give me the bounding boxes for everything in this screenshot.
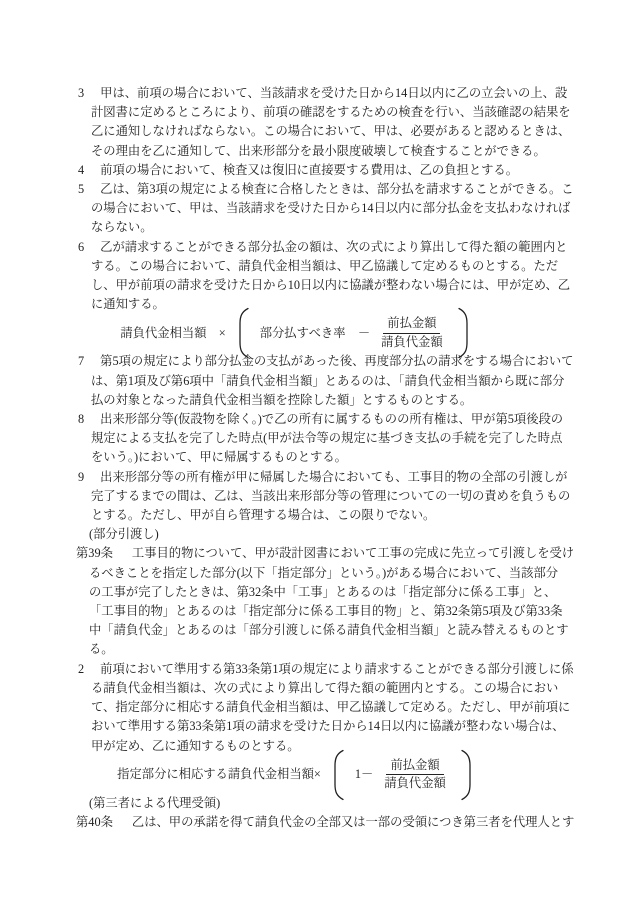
item-number: 2 <box>78 662 84 676</box>
text-line: 8出来形部分等(仮設物を除く。)で乙の所有に属するものの所有権は、甲が第5項後段… <box>76 410 560 429</box>
text-line-content: 第5項の規定により部分払金の支払があった後、再度部分払の請求をする場合において <box>100 354 573 368</box>
fraction-denominator: 請負代金額 <box>377 334 447 351</box>
article-clause: 第39条工事目的物について、甲が設計図書において工事の完成に先立って引渡しを受け… <box>76 544 560 659</box>
partial-payment-formula: 請負代金相当額 ×部分払すべき率 －前払金額請負代金額 <box>76 314 515 352</box>
clause-item: 5乙は、第3項の規定による検査に合格したときは、部分払を請求することができる。こ… <box>76 180 560 238</box>
text-line: る。 <box>76 640 560 659</box>
clause-heading: (第三者による代理受領) <box>76 794 560 813</box>
text-line: 中「請負代金」とあるのは「部分引渡しに係る請負代金相当額」と読み替えるものとす <box>76 621 560 640</box>
contract-document-page: 3甲は、前項の場合において、当該請求を受けた日から14日以内に乙の立会いの上、設… <box>0 0 630 903</box>
text-line: する。この場合において、請負代金相当額は、甲乙協議して定めるものとする。ただ <box>76 257 560 276</box>
text-line: 第39条工事目的物について、甲が設計図書において工事の完成に先立って引渡しを受け <box>76 544 560 563</box>
text-line: 4前項の場合において、検査又は復旧に直接要する費用は、乙の負担とする。 <box>76 161 560 180</box>
fraction: 前払金額請負代金額 <box>380 758 450 792</box>
text-line-content: 甲は、前項の場合において、当該請求を受けた日から14日以内に乙の立会いの上、設 <box>100 86 567 100</box>
text-line: 完了するまでの間は、乙は、当該出来形部分等の管理についての一切の責めを負うもの <box>76 487 560 506</box>
text-line: 乙に通知しなければならない。この場合において、甲は、必要があると認めるときは、 <box>76 122 560 141</box>
text-line: 計図書に定めるところにより、前項の確認をするための検査を行い、当該確認の結果を <box>76 103 560 122</box>
text-line: るべきことを指定した部分(以下「指定部分」という。)がある場合において、当該部分 <box>76 564 560 583</box>
text-line: 7第5項の規定により部分払金の支払があった後、再度部分払の請求をする場合において <box>76 352 560 371</box>
formula-body: 部分払すべき率 －前払金額請負代金額 <box>260 316 447 350</box>
article-number: 第39条 <box>76 546 113 560</box>
text-line: 払の対象となった請負代金相当額を控除した額」とするものとする。 <box>76 391 560 410</box>
text-line-content: 乙は、第3項の規定による検査に合格したときは、部分払を請求することができる。こ <box>100 182 573 196</box>
fraction: 前払金額請負代金額 <box>377 316 447 350</box>
text-line: 5乙は、第3項の規定による検査に合格したときは、部分払を請求することができる。こ <box>76 180 560 199</box>
item-number: 6 <box>78 240 84 254</box>
fraction-denominator: 請負代金額 <box>380 775 450 792</box>
text-line: 3甲は、前項の場合において、当該請求を受けた日から14日以内に乙の立会いの上、設 <box>76 84 560 103</box>
item-number: 9 <box>78 470 84 484</box>
item-number: 8 <box>78 412 84 426</box>
text-line: 「工事目的物」とあるのは「指定部分に係る工事目的物」と、第32条第5項及び第33… <box>76 602 560 621</box>
clause-item: 7第5項の規定により部分払金の支払があった後、再度部分払の請求をする場合において… <box>76 352 560 410</box>
text-line-content: 出来形部分等(仮設物を除く。)で乙の所有に属するものの所有権は、甲が第5項後段の <box>100 412 563 426</box>
formula-inner-term: 1－ <box>355 765 373 784</box>
left-bracket-glyph <box>331 749 345 801</box>
formula-lead: 請負代金相当額 × <box>120 324 225 343</box>
text-line: 第40条乙は、甲の承諾を得て請負代金の全部又は一部の受領につき第三者を代理人とす <box>76 813 560 832</box>
item-number: 3 <box>78 86 84 100</box>
fraction-numerator: 前払金額 <box>383 316 440 334</box>
text-line: とする。ただし、甲が自ら管理する場合は、この限りでない。 <box>76 506 560 525</box>
clause-item: 9出来形部分等の所有権が甲に帰属した場合においても、工事目的物の全部の引渡しが完… <box>76 468 560 526</box>
text-line-content: 乙は、甲の承諾を得て請負代金の全部又は一部の受領につき第三者を代理人とす <box>132 815 574 829</box>
text-line: 9出来形部分等の所有権が甲に帰属した場合においても、工事目的物の全部の引渡しが <box>76 468 560 487</box>
text-line: は、第1項及び第6項中「請負代金相当額」とあるのは、「請負代金相当額から既に部分 <box>76 372 560 391</box>
clause-item: 4前項の場合において、検査又は復旧に直接要する費用は、乙の負担とする。 <box>76 161 560 180</box>
text-line: 規定による支払を完了した時点(甲が法令等の規定に基づき支払の手続を完了した時点 <box>76 429 560 448</box>
item-number: 5 <box>78 182 84 196</box>
text-line: 6乙が請求することができる部分払金の額は、次の式により算出して得た額の範囲内と <box>76 238 560 257</box>
text-line: その理由を乙に通知して、出来形部分を最小限度破壊して検査することができる。 <box>76 142 560 161</box>
formula-body: 1－前払金額請負代金額 <box>355 758 450 792</box>
text-line: る請負代金相当額は、次の式により算出して得た額の範囲内とする。この場合におい <box>76 679 560 698</box>
text-line-content: 前項の場合において、検査又は復旧に直接要する費用は、乙の負担とする。 <box>100 163 518 177</box>
formula-inner-term: 部分払すべき率 － <box>260 324 370 343</box>
text-line: て、指定部分に相応する請負代金相当額は、甲乙協議して定める。ただし、甲が前項に <box>76 698 560 717</box>
clause-item: 3甲は、前項の場合において、当該請求を受けた日から14日以内に乙の立会いの上、設… <box>76 84 560 161</box>
item-number: 4 <box>78 163 84 177</box>
clause-item: 2前項において準用する第33条第1項の規定により請求することができる部分引渡しに… <box>76 660 560 756</box>
text-line-content: 出来形部分等の所有権が甲に帰属した場合においても、工事目的物の全部の引渡しが <box>100 470 567 484</box>
right-bracket-glyph <box>460 749 474 801</box>
text-line: ならない。 <box>76 218 560 237</box>
text-line-content: 前項において準用する第33条第1項の規定により請求することができる部分引渡しに係 <box>100 662 573 676</box>
clause-heading: (部分引渡し) <box>76 525 560 544</box>
formula-lead: 指定部分に相応する請負代金相当額× <box>117 765 321 784</box>
designated-part-payment-formula: 指定部分に相応する請負代金相当額×1－前払金額請負代金額 <box>76 756 515 794</box>
text-line: おいて準用する第33条第1項の請求を受けた日から14日以内に協議が整わない場合は… <box>76 717 560 736</box>
document-body: 3甲は、前項の場合において、当該請求を受けた日から14日以内に乙の立会いの上、設… <box>76 84 560 832</box>
article-clause: 第40条乙は、甲の承諾を得て請負代金の全部又は一部の受領につき第三者を代理人とす <box>76 813 560 832</box>
text-line-content: 工事目的物について、甲が設計図書において工事の完成に先立って引渡しを受け <box>132 546 574 560</box>
text-line: し、甲が前項の請求を受けた日から10日以内に協議が整わない場合には、甲が定め、乙 <box>76 276 560 295</box>
article-number: 第40条 <box>76 815 113 829</box>
fraction-numerator: 前払金額 <box>386 758 443 776</box>
text-line: をいう。)において、甲に帰属するものとする。 <box>76 448 560 467</box>
text-line: の場合において、甲は、当該請求を受けた日から14日以内に部分払金を支払わなければ <box>76 199 560 218</box>
text-line-content: 乙が請求することができる部分払金の額は、次の式により算出して得た額の範囲内と <box>100 240 567 254</box>
text-line: に通知する。 <box>76 295 560 314</box>
text-line: 甲が定め、乙に通知するものとする。 <box>76 737 560 756</box>
clause-item: 8出来形部分等(仮設物を除く。)で乙の所有に属するものの所有権は、甲が第5項後段… <box>76 410 560 468</box>
text-line: 2前項において準用する第33条第1項の規定により請求することができる部分引渡しに… <box>76 660 560 679</box>
item-number: 7 <box>78 354 84 368</box>
clause-item: 6乙が請求することができる部分払金の額は、次の式により算出して得た額の範囲内とす… <box>76 238 560 315</box>
text-line: の工事が完了したときは、第32条中「工事」とあるのは「指定部分に係る工事」と、 <box>76 583 560 602</box>
